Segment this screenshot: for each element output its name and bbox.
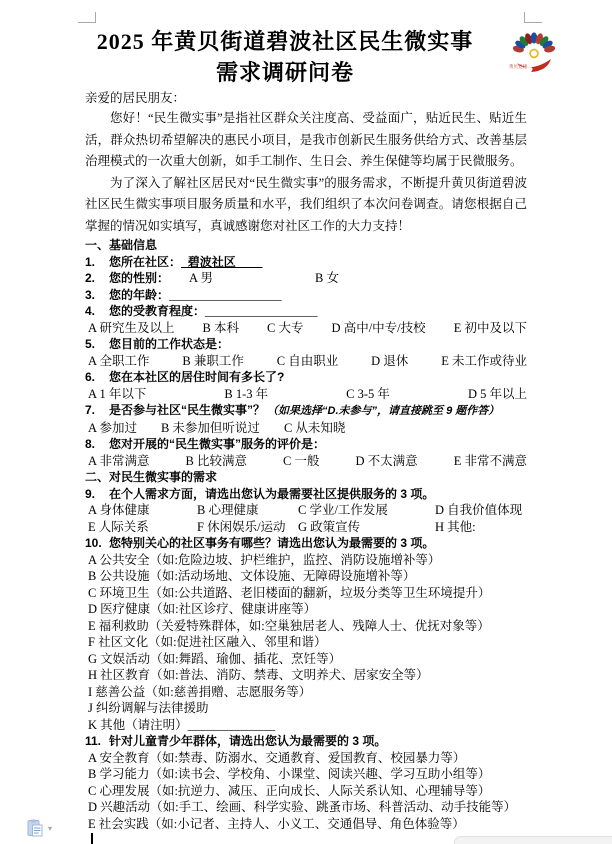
question-title: 您在本社区的居住时间有多长了?	[109, 369, 284, 386]
margin-mark-right-icon	[524, 12, 542, 23]
question-4: 4.您的受教育程度：__________________A 研究生及以上B 本科…	[85, 303, 527, 336]
salutation: 亲爱的居民朋友：	[85, 88, 527, 108]
question-8: 8.您对开展的“民生微实事”服务的评价是：A 非常满意B 比较满意C 一般D 不…	[85, 436, 527, 469]
option: C 自由职业	[277, 353, 338, 370]
bottom-corner-panel	[454, 836, 612, 844]
option: G 政策宣传	[298, 519, 435, 536]
option: B 学习能力（如:读书会、学校角、小课堂、阅读兴趣、学习互助小组等）	[88, 766, 527, 783]
option: A 1 年以下	[88, 386, 146, 403]
question-title: 针对儿童青少年群体，请选出您认为最需要的 3 项。	[109, 733, 386, 750]
question-title: 您的年龄：	[109, 287, 169, 304]
question-title: 您所在社区：	[109, 254, 181, 271]
question-title: 您目前的工作状态是：	[109, 336, 229, 353]
option: A 男	[189, 270, 213, 287]
option: D 5 年以上	[468, 386, 527, 403]
question-number: 3.	[85, 287, 109, 304]
option: D 兴趣活动（如:手工、绘画、科学实验、跳蚤市场、科普活动、动手技能等）	[88, 799, 527, 816]
question-number: 9.	[85, 486, 109, 503]
question-7: 7.是否参与社区“民生微实事”？（如果选择“D.未参与”，请直接跳至 9 题作答…	[85, 402, 527, 436]
answer-blank-line: __________________	[169, 287, 282, 304]
option: C 大专	[267, 320, 303, 337]
question-number: 8.	[85, 436, 109, 453]
margin-mark-left-icon	[78, 12, 96, 23]
option: B 心理健康	[197, 502, 298, 519]
question-9: 9.在个人需求方面，请选出您认为最需要社区提供服务的 3 项。A 身体健康B 心…	[85, 486, 527, 536]
option: A 全职工作	[88, 353, 149, 370]
question-title: 是否参与社区“民生微实事”？	[109, 402, 265, 419]
intro-paragraph-2: 为了深入了解社区居民对“民生微实事”的服务需求，不断提升黄贝街道碧波社区民生微实…	[85, 173, 527, 238]
question-number: 7.	[85, 402, 109, 419]
dropdown-caret-icon[interactable]: ▾	[48, 824, 52, 833]
option: C 从未知晓	[284, 420, 345, 437]
option: F 休闲娱乐/运动	[197, 519, 298, 536]
answer-fill: _碧波社区____	[181, 254, 262, 271]
option: B 比较满意	[186, 453, 247, 470]
option: K 其他（请注明）______________	[88, 717, 527, 734]
option: C 环境卫生（如:公共道路、老旧楼面的翻新，垃圾分类等卫生环境提升）	[88, 585, 527, 602]
question-1: 1.您所在社区：_碧波社区____	[85, 254, 527, 271]
question-number: 11.	[85, 733, 109, 750]
option: F 社区文化（如:促进社区融入、邻里和谐）	[88, 634, 527, 651]
option: D 自我价值体现	[435, 502, 527, 519]
option: A 身体健康	[88, 502, 197, 519]
option: D 不太满意	[356, 453, 418, 470]
question-number: 1.	[85, 254, 109, 271]
option: C 一般	[283, 453, 319, 470]
option: E 福利救助（关爱特殊群体，如:空巢独居老人、残障人士、优抚对象等）	[88, 618, 527, 635]
option: E 社会实践（如:小记者、主持人、小义工、交通倡导、角色体验等）	[88, 816, 527, 833]
question-title: 在个人需求方面，请选出您认为最需要社区提供服务的 3 项。	[109, 486, 434, 503]
answer-blank-line: __________________	[205, 303, 318, 320]
option: B 未参加但听说过	[161, 420, 260, 437]
option: B 本科	[203, 320, 239, 337]
questionnaire: 一、基础信息1.您所在社区：_碧波社区____2.您的性别：A 男B 女3.您的…	[85, 237, 527, 844]
option: D 高中/中专/技校	[332, 320, 426, 337]
question-6: 6.您在本社区的居住时间有多长了?A 1 年以下B 1-3 年C 3-5 年D …	[85, 369, 527, 402]
title-line-2: 需求调研问卷	[85, 57, 485, 88]
option: A 公共安全（如:危险边坡、护栏维护，监控、消防设施增补等）	[88, 552, 527, 569]
option: B 兼职工作	[182, 353, 243, 370]
option: B 1-3 年	[224, 386, 268, 403]
option: H 社区教育（如:普法、消防、禁毒、文明养犬、居家安全等）	[88, 667, 527, 684]
document-title: 2025 年黄贝街道碧波社区民生微实事 需求调研问卷	[85, 26, 485, 88]
option: C 3-5 年	[346, 386, 390, 403]
question-number: 5.	[85, 336, 109, 353]
document-body[interactable]: 2025 年黄贝街道碧波社区民生微实事 需求调研问卷 亲爱的居民朋友： 您好！“…	[85, 26, 527, 844]
intro-paragraph-1: 您好！“民生微实事”是指社区群众关注度高、受益面广，贴近民生、贴近生活，群众热切…	[85, 108, 527, 173]
question-number: 10.	[85, 535, 109, 552]
option: H 其他:	[435, 519, 527, 536]
option: E 人际关系	[88, 519, 197, 536]
clipboard-paste-icon	[27, 819, 43, 837]
option: J 纠纷调解与法律援助	[88, 700, 527, 717]
option: B 公共设施（如:活动场地、文体设施、无障碍设施增补等）	[88, 568, 527, 585]
question-title: 您特别关心的社区事务有哪些？请选出您认为最需要的 3 项。	[109, 535, 434, 552]
question-title: 您对开展的“民生微实事”服务的评价是：	[109, 436, 325, 453]
option: A 非常满意	[88, 453, 149, 470]
option: C 心理发展（如:抗逆力、减压、正向成长、人际关系认知、心理辅导等）	[88, 783, 527, 800]
question-title: 您的性别：	[109, 270, 169, 287]
question-5: 5.您目前的工作状态是：A 全职工作B 兼职工作C 自由职业D 退休E 未工作或…	[85, 336, 527, 369]
option: B 女	[315, 270, 339, 287]
question-3: 3.您的年龄：__________________	[85, 287, 527, 304]
text-cursor	[91, 833, 93, 844]
option: D 医疗健康（如:社区诊疗、健康讲座等）	[88, 601, 527, 618]
option: D 退休	[371, 353, 408, 370]
paste-options-button[interactable]: ▾	[27, 819, 52, 837]
option: E 初中及以下	[454, 320, 527, 337]
question-note: （如果选择“D.未参与”，请直接跳至 9 题作答）	[265, 403, 499, 420]
section-heading: 二、对民生微实事的需求	[85, 469, 527, 486]
option: E 非常不满意	[454, 453, 527, 470]
option: A 安全教育（如:禁毒、防溺水、交通教育、爱国教育、校园暴力等）	[88, 750, 527, 767]
title-line-1: 2025 年黄贝街道碧波社区民生微实事	[85, 26, 485, 57]
document-page[interactable]: 黄贝党建 2025 年黄贝街道碧波社区民生微实事 需求调研问卷 亲爱的居民朋友：…	[0, 0, 612, 844]
question-number: 2.	[85, 270, 109, 287]
question-title: 您的受教育程度：	[109, 303, 205, 320]
option: A 研究生及以上	[88, 320, 174, 337]
question-number: 4.	[85, 303, 109, 320]
option: E 未工作或待业	[441, 353, 527, 370]
option: I 慈善公益（如:慈善捐赠、志愿服务等）	[88, 684, 527, 701]
question-10: 10.您特别关心的社区事务有哪些？请选出您认为最需要的 3 项。A 公共安全（如…	[85, 535, 527, 733]
question-11: 11.针对儿童青少年群体，请选出您认为最需要的 3 项。A 安全教育（如:禁毒、…	[85, 733, 527, 844]
section-heading: 一、基础信息	[85, 237, 527, 254]
option: A 参加过	[88, 420, 137, 437]
question-2: 2.您的性别：A 男B 女	[85, 270, 527, 287]
option: G 文娱活动（如:舞蹈、瑜伽、插花、烹饪等）	[88, 651, 527, 668]
option: C 学业/工作发展	[298, 502, 435, 519]
question-number: 6.	[85, 369, 109, 386]
